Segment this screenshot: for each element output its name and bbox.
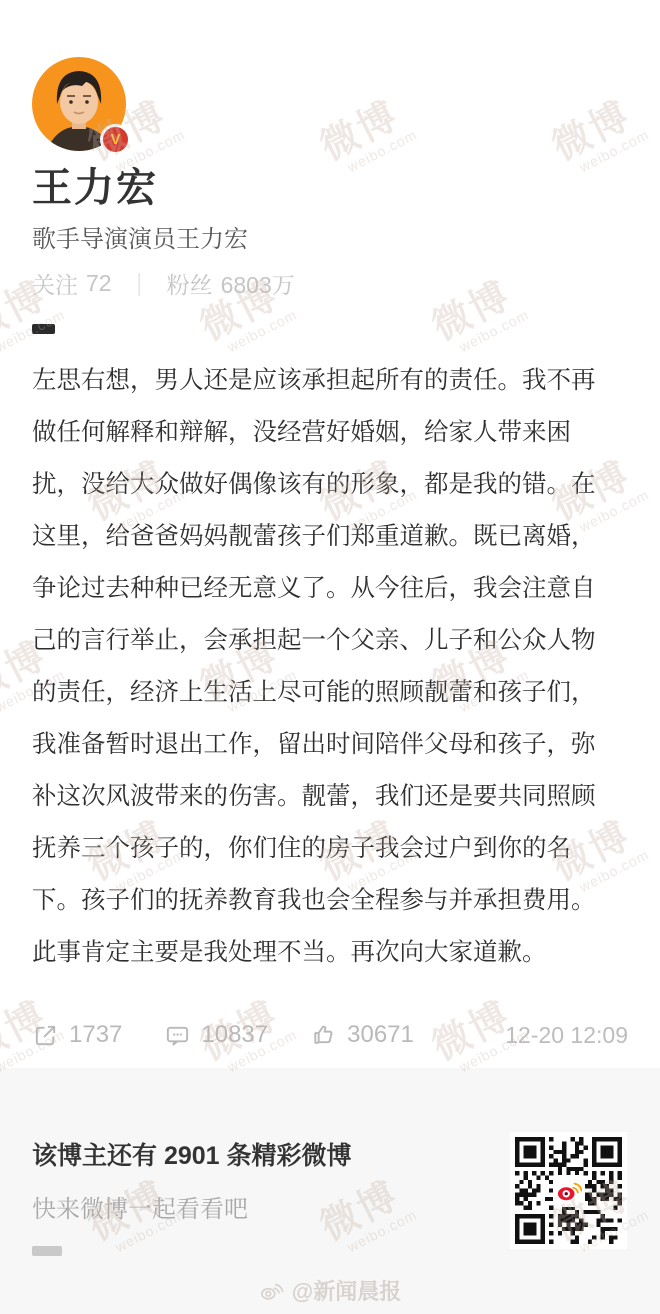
action-bar: 1737 10837 30671 12-20 12:09 [32, 1021, 628, 1049]
weibo-post-screenshot: 微博weibo.com微博weibo.com微博weibo.com微博weibo… [0, 0, 660, 1314]
share-button[interactable]: 1737 [32, 1021, 122, 1049]
verified-badge-icon: V [100, 124, 131, 155]
following-count[interactable]: 72 [86, 270, 112, 297]
share-icon [32, 1022, 59, 1049]
comment-count: 10837 [201, 1021, 268, 1049]
truncated-text-dash [32, 324, 55, 334]
profile-name[interactable]: 王力宏 [32, 165, 628, 211]
like-button[interactable]: 30671 [310, 1021, 414, 1049]
stats-divider: ｜ [128, 267, 151, 300]
weibo-eye-icon [259, 1280, 285, 1302]
comment-button[interactable]: 10837 [164, 1021, 268, 1049]
following-label: 关注 [32, 267, 78, 300]
watermark-credit: @新闻晨报 [0, 1275, 660, 1306]
followers-label: 粉丝 [167, 267, 213, 300]
profile-stats: 关注 72 ｜ 粉丝 6803万 [32, 267, 628, 300]
followers-count[interactable]: 6803万 [221, 267, 295, 300]
footer-dash [32, 1246, 62, 1256]
weibo-logo-icon [553, 1175, 585, 1207]
avatar[interactable]: V [32, 57, 126, 151]
credit-text: @新闻晨报 [292, 1275, 401, 1306]
post-timestamp: 12-20 12:09 [505, 1022, 628, 1049]
comment-icon [164, 1022, 191, 1049]
post-card: V 王力宏 歌手导演演员王力宏 关注 72 ｜ 粉丝 6803万 左思右想，男人… [0, 0, 660, 1068]
profile-bio: 歌手导演演员王力宏 [32, 219, 628, 254]
thumbs-up-icon [310, 1022, 337, 1049]
share-count: 1737 [69, 1021, 122, 1049]
like-count: 30671 [347, 1021, 414, 1049]
promo-footer: 该博主还有 2901 条精彩微博 快来微博一起看看吧 [0, 1068, 660, 1314]
post-text: 左思右想，男人还是应该承担起所有的责任。我不再 做任何解释和辩解，没经营好婚姻，… [32, 355, 628, 979]
weibo-qr-code [510, 1132, 627, 1249]
